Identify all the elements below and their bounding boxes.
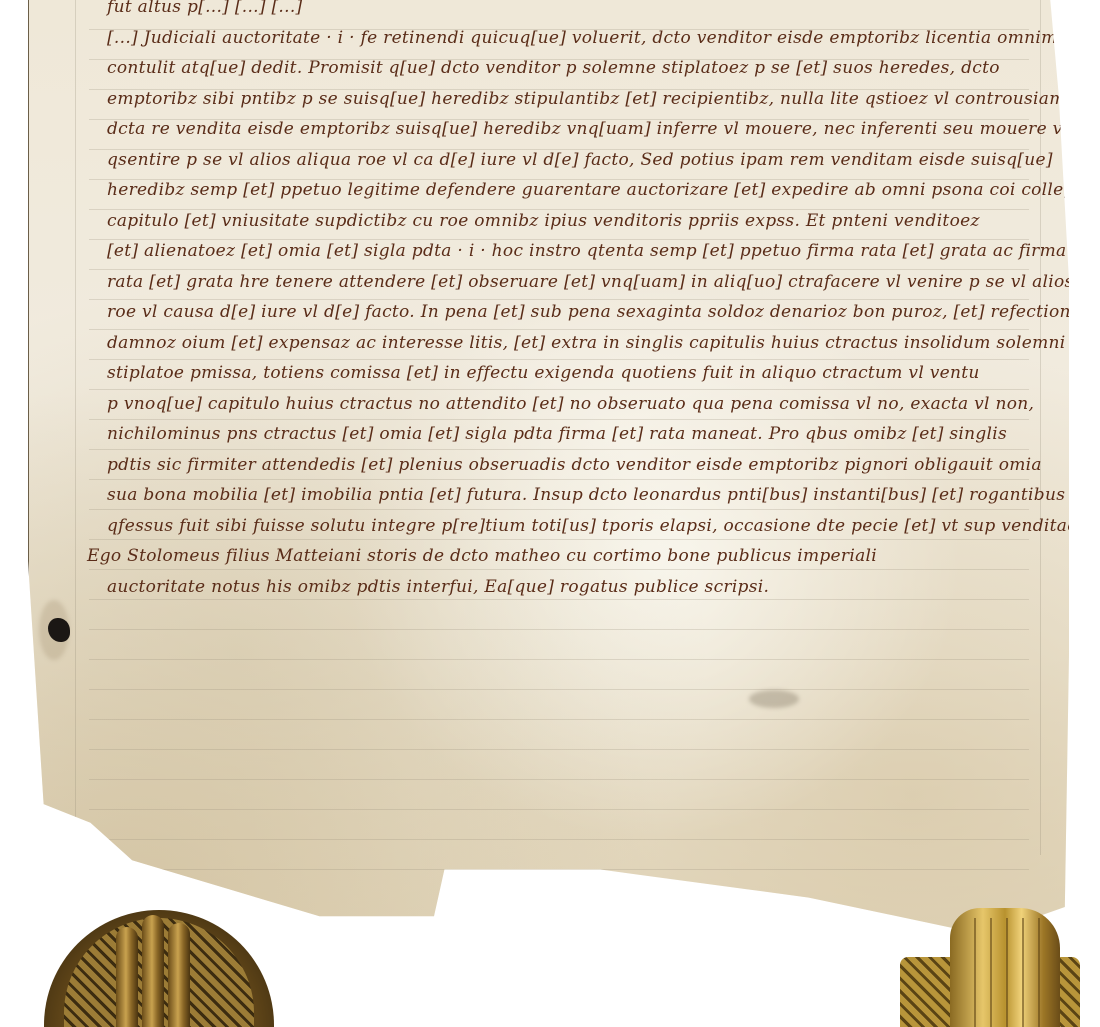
text-line: heredibz semp [et] ppetuo legitime defen… [107,175,1077,206]
text-line: [...] Judiciali auctoritate · i · fe ret… [107,23,1077,54]
text-line: emptoribz sibi pntibz p se suisq[ue] her… [107,84,1077,115]
left-margin-rule [75,0,76,855]
text-line: rata [et] grata hre tenere attendere [et… [107,267,1077,298]
text-line: contulit atq[ue] dedit. Promisit q[ue] d… [107,53,1077,84]
text-line: [et] alienatoez [et] omia [et] sigla pdt… [107,236,1077,267]
notary-signature-line: Ego Stolomeus filius Matteiani storis de… [87,541,1077,572]
clasp-hand [950,908,1060,1027]
text-line: qsentire p se vl alios aliqua roe vl ca … [107,145,1077,176]
ink-blot [48,618,70,642]
manuscript-text: fut altus p[...] [...] [...] [...] Judic… [107,0,1077,602]
text-line: qfessus fuit sibi fuisse solutu integre … [107,511,1077,542]
text-line: dcta re vendita eisde emptoribz suisq[ue… [107,114,1077,145]
text-line: pdtis sic firmiter attendedis [et] pleni… [107,450,1077,481]
clasp-finger [116,927,138,1027]
clasp-finger [168,923,190,1027]
stain [749,690,799,708]
text-line: capitulo [et] vniusitate supdictibz cu r… [107,206,1077,237]
parchment-sheet: fut altus p[...] [...] [...] [...] Judic… [28,0,1069,935]
text-line: stiplatoe pmissa, totiens comissa [et] i… [107,358,1077,389]
right-brass-clasp [900,908,1090,1027]
notary-signature-line: auctoritate notus his omibz pdtis interf… [107,572,1077,603]
text-line: sua bona mobilia [et] imobilia pntia [et… [107,480,1077,511]
text-line: damnoz oium [et] expensaz ac interesse l… [107,328,1077,359]
clasp-finger [142,915,164,1027]
text-line: fut altus p[...] [...] [...] [107,0,1077,23]
text-line: roe vl causa d[e] iure vl d[e] facto. In… [107,297,1077,328]
left-brass-clasp [44,910,274,1027]
text-line: p vnoq[ue] capitulo huius ctractus no at… [107,389,1077,420]
text-line: nichilominus pns ctractus [et] omia [et]… [107,419,1077,450]
